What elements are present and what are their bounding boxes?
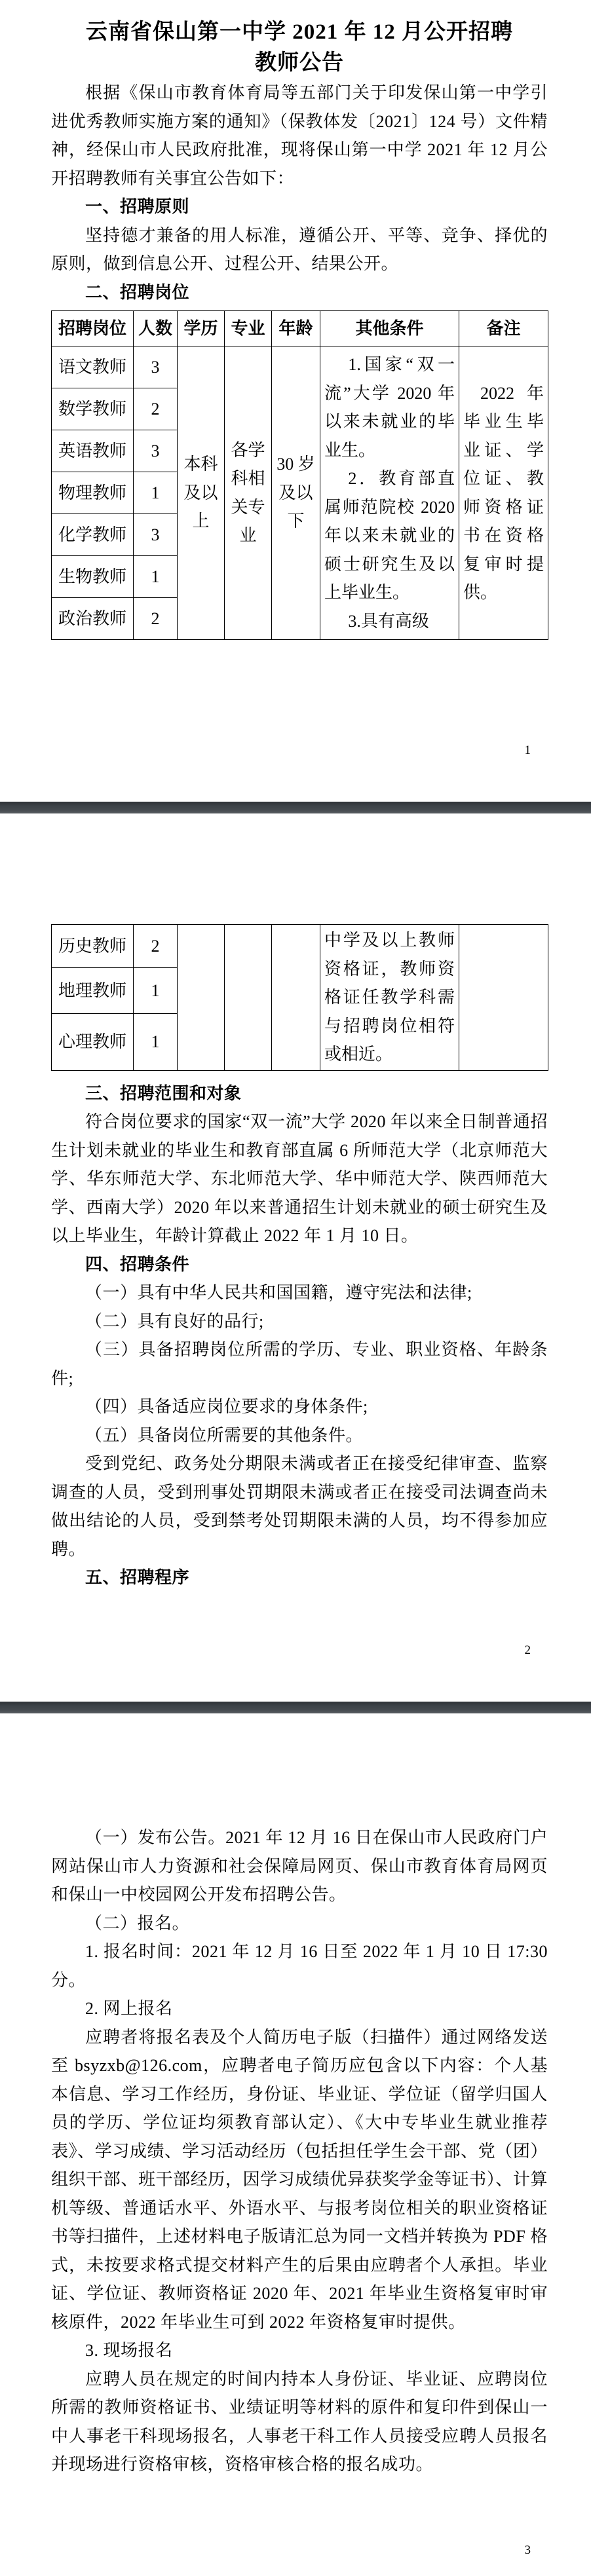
conditions-note-paragraph: 受到党纪、政务处分期限未满或者正在接受纪律审查、监察调查的人员，受到刑事处罚期限… [51, 1449, 548, 1563]
table-row: 语文教师 3 本科及以上 各学科相关专业 30 岁及以下 1.国家“双一流”大学… [52, 346, 548, 388]
header-other: 其他条件 [320, 311, 459, 346]
post-cell: 物理教师 [52, 472, 134, 514]
count-cell: 1 [134, 967, 178, 1013]
age-cell-empty [272, 925, 320, 1071]
count-cell: 1 [134, 1013, 178, 1070]
page-number: 1 [525, 743, 531, 758]
condition-item-3: （三）具备招聘岗位所需的学历、专业、职业资格、年龄条件; [51, 1335, 548, 1392]
remark-cell: 2022 年毕业生毕业证、学位证、教师资格证书在资格复审时提供。 [459, 346, 548, 640]
section-heading-positions: 二、招聘岗位 [51, 278, 548, 307]
post-cell: 英语教师 [52, 430, 134, 472]
procedure-step2-heading: （二）报名。 [51, 1909, 548, 1938]
procedure-step1-paragraph: （一）发布公告。2021 年 12 月 16 日在保山市人民政府门户网站保山市人… [51, 1713, 548, 1909]
header-post: 招聘岗位 [52, 311, 134, 346]
post-cell: 地理教师 [52, 967, 134, 1013]
condition-item-5: （五）具备岗位所需要的其他条件。 [51, 1421, 548, 1450]
count-cell: 1 [134, 472, 178, 514]
count-cell: 1 [134, 556, 178, 598]
post-cell: 心理教师 [52, 1013, 134, 1070]
section-heading-principles: 一、招聘原则 [51, 193, 548, 221]
positions-table-continued: 历史教师 2 中学及以上教师资格证，教师资格证任教学科需与招聘岗位相符或相近。 … [51, 924, 548, 1071]
condition-item-4: （四）具备适应岗位要求的身体条件; [51, 1392, 548, 1421]
post-cell: 语文教师 [52, 346, 134, 388]
header-age: 年龄 [272, 311, 320, 346]
document-page-2: 历史教师 2 中学及以上教师资格证，教师资格证任教学科需与招聘岗位相符或相近。 … [0, 813, 591, 1702]
count-cell: 2 [134, 598, 178, 640]
remark-cell-empty [459, 925, 548, 1071]
principles-paragraph: 坚持德才兼备的用人标准，遵循公开、平等、竞争、择优的原则，做到信息公开、过程公开… [51, 221, 548, 278]
document-title: 云南省保山第一中学 2021 年 12 月公开招聘 教师公告 [51, 17, 548, 79]
post-cell: 数学教师 [52, 388, 134, 430]
document-page-3: （一）发布公告。2021 年 12 月 16 日在保山市人民政府门户网站保山市人… [0, 1713, 591, 2576]
count-cell: 3 [134, 346, 178, 388]
header-count: 人数 [134, 311, 178, 346]
other-condition-item: 2．教育部直属师范院校 2020 年以来未就业的硕士研究生及以上毕业生。 [324, 464, 455, 607]
major-cell: 各学科相关专业 [225, 346, 272, 640]
post-cell: 化学教师 [52, 514, 134, 556]
page-separator [0, 802, 591, 813]
section-heading-scope: 三、招聘范围和对象 [51, 1079, 548, 1108]
condition-item-2: （二）具有良好的品行; [51, 1307, 548, 1336]
other-condition-item: 1.国家“双一流”大学 2020 年以来未就业的毕业生。 [324, 350, 455, 464]
header-major: 专业 [225, 311, 272, 346]
procedure-onsite-heading: 3. 现场报名 [51, 2336, 548, 2365]
count-cell: 3 [134, 430, 178, 472]
table-row: 历史教师 2 中学及以上教师资格证，教师资格证任教学科需与招聘岗位相符或相近。 [52, 925, 548, 968]
procedure-online-heading: 2. 网上报名 [51, 1994, 548, 2023]
document-title-line1: 云南省保山第一中学 2021 年 12 月公开招聘 [51, 17, 548, 48]
count-cell: 3 [134, 514, 178, 556]
table-header-row: 招聘岗位 人数 学历 专业 年龄 其他条件 备注 [52, 311, 548, 346]
section-heading-procedure: 五、招聘程序 [51, 1563, 548, 1592]
header-remark: 备注 [459, 311, 548, 346]
education-cell: 本科及以上 [178, 346, 225, 640]
other-conditions-cell: 1.国家“双一流”大学 2020 年以来未就业的毕业生。 2．教育部直属师范院校… [320, 346, 459, 640]
count-cell: 2 [134, 925, 178, 968]
other-conditions-cell: 中学及以上教师资格证，教师资格证任教学科需与招聘岗位相符或相近。 [320, 925, 459, 1071]
document-page-1: 云南省保山第一中学 2021 年 12 月公开招聘 教师公告 根据《保山市教育体… [0, 0, 591, 802]
page-number: 2 [525, 1643, 531, 1658]
post-cell: 生物教师 [52, 556, 134, 598]
document-title-line2: 教师公告 [51, 48, 548, 79]
positions-table: 招聘岗位 人数 学历 专业 年龄 其他条件 备注 语文教师 3 本科及以上 各学… [51, 310, 548, 640]
age-cell: 30 岁及以下 [272, 346, 320, 640]
page-number: 3 [525, 2543, 531, 2558]
intro-paragraph: 根据《保山市教育体育局等五部门关于印发保山第一中学引进优秀教师实施方案的通知》（… [51, 79, 548, 193]
page-separator [0, 1702, 591, 1713]
other-condition-item: 3.具有高级 [324, 607, 455, 636]
post-cell: 历史教师 [52, 925, 134, 968]
procedure-onsite-paragraph: 应聘人员在规定的时间内持本人身份证、毕业证、应聘岗位所需的教师资格证书、业绩证明… [51, 2365, 548, 2479]
condition-item-1: （一）具有中华人民共和国国籍，遵守宪法和法律; [51, 1279, 548, 1307]
header-education: 学历 [178, 311, 225, 346]
section-heading-conditions: 四、招聘条件 [51, 1250, 548, 1279]
scope-paragraph: 符合岗位要求的国家“双一流”大学 2020 年以来全日制普通招生计划未就业的毕业… [51, 1108, 548, 1250]
post-cell: 政治教师 [52, 598, 134, 640]
procedure-step2-time: 1. 报名时间：2021 年 12 月 16 日至 2022 年 1 月 10 … [51, 1937, 548, 1994]
major-cell-empty [225, 925, 272, 1071]
procedure-online-paragraph: 应聘者将报名表及个人简历电子版（扫描件）通过网络发送至 bsyzxb@126.c… [51, 2023, 548, 2337]
count-cell: 2 [134, 388, 178, 430]
education-cell-empty [178, 925, 225, 1071]
